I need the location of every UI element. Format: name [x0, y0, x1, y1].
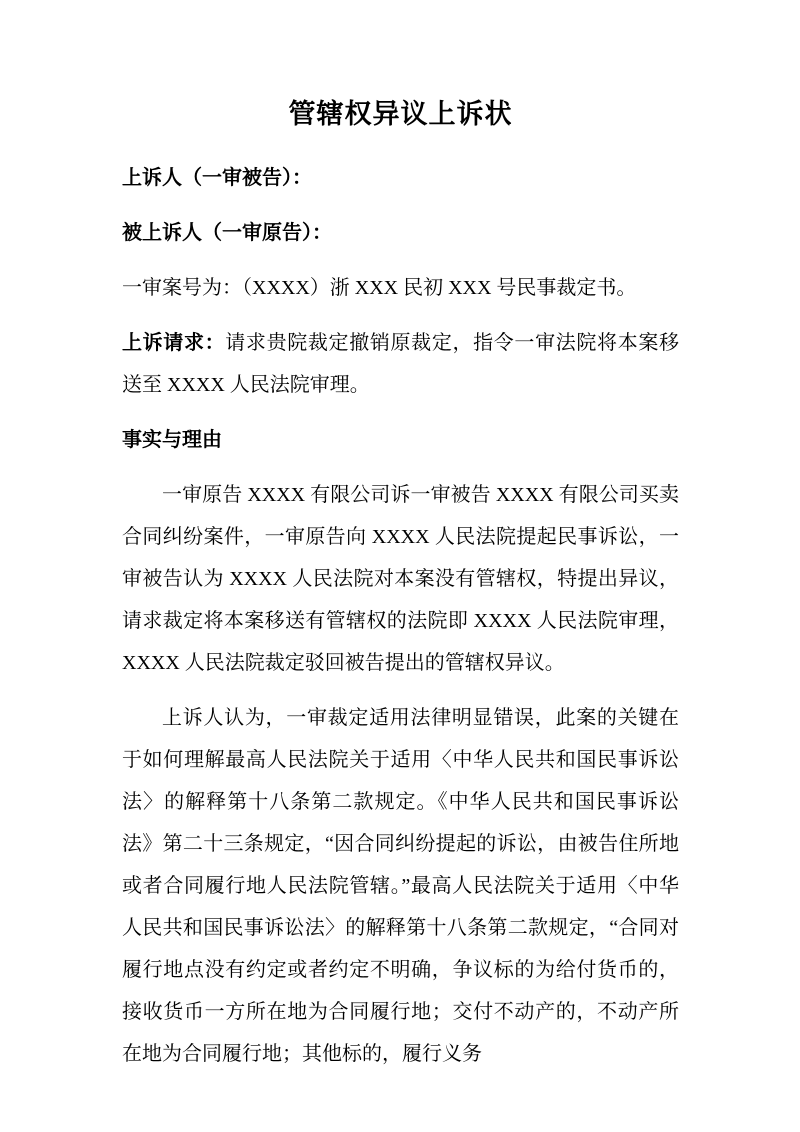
appellee-line: 被上诉人（一审原告）：	[122, 212, 679, 254]
body-paragraph-2: 上诉人认为，一审裁定适用法律明显错误，此案的关键在于如何理解最高人民法院关于适用…	[122, 697, 679, 1075]
facts-and-reasons-heading: 事实与理由	[122, 419, 679, 461]
document-title: 管辖权异议上诉状	[122, 93, 679, 135]
appeal-request-paragraph: 上诉请求：请求贵院裁定撤销原裁定，指令一审法院将本案移送至 XXXX 人民法院审…	[122, 322, 679, 406]
case-number-line: 一审案号为：（XXXX）浙 XXX 民初 XXX 号民事裁定书。	[122, 267, 679, 309]
legal-document-page: 管辖权异议上诉状 上诉人（一审被告）： 被上诉人（一审原告）： 一审案号为：（X…	[0, 0, 800, 1132]
appeal-request-label: 上诉请求：	[122, 332, 225, 354]
appellant-line: 上诉人（一审被告）：	[122, 157, 679, 199]
body-paragraph-1: 一审原告 XXXX 有限公司诉一审被告 XXXX 有限公司买卖合同纠纷案件，一审…	[122, 474, 679, 684]
